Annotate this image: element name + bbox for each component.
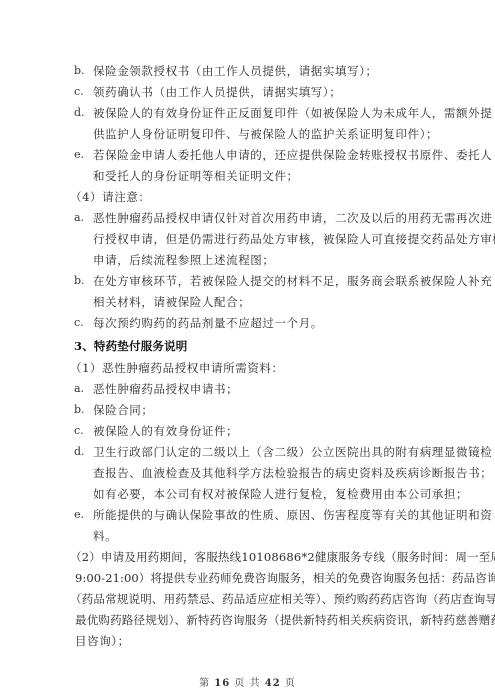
list-label: b. <box>74 403 85 417</box>
list-item-continuation: 如有必要，本公司有权对被保险人进行复检，复检费用由本公司承担； <box>93 487 468 501</box>
footer-prefix: 第 <box>199 678 210 689</box>
list-item-continuation: 料。 <box>93 529 117 543</box>
list-label: e. <box>74 508 84 522</box>
list-item-continuation: 供监护人身份证明复印件、与被保险人的监护关系证明复印件）； <box>93 127 438 141</box>
list-item-continuation: 相关材料，请被保险人配合； <box>93 295 250 309</box>
list-label: c. <box>74 316 84 330</box>
list-item-text: 恶性肿瘤药品授权申请仅针对首次用药申请，二次及以后的用药无需再次进 <box>93 211 492 225</box>
list-label: d. <box>74 445 85 459</box>
list-item-continuation: 行授权申请，但是仍需进行药品处方审核，被保险人可直接提交药品处方审核 <box>93 232 495 246</box>
list-item-text: 每次预约购药的药品剂量不应超过一个月。 <box>93 316 323 330</box>
list-item-text: 被保险人的有效身份证件； <box>93 424 238 438</box>
list-item-text: 恶性肿瘤药品授权申请书； <box>93 382 238 396</box>
list-item-continuation: 查报告、血液检查及其他科学方法检验报告的病史资料及疾病诊断报告书； <box>93 466 492 480</box>
paragraph-line: （2）申请及用药期间，客服热线10108686*2健康服务专线（服务时间：周一至… <box>70 550 495 564</box>
document-page: b. 保险金领款授权书（由工作人员提供，请据实填写）； c. 领药确认书（由工作… <box>0 0 495 700</box>
section-heading: 3、特药垫付服务说明 <box>74 339 188 353</box>
paragraph-line: 目咨询）； <box>75 634 130 648</box>
list-label: d. <box>74 106 85 120</box>
current-page: 16 <box>214 678 230 689</box>
list-item-text: 被保险人的有效身份证件正反面复印件（如被保险人为未成年人，需额外提 <box>93 106 492 120</box>
footer-suffix: 页 <box>285 678 296 689</box>
list-item-text: 保险金领款授权书（由工作人员提供，请据实填写）； <box>93 64 378 78</box>
list-label: e. <box>74 148 84 162</box>
subsection-title: （4）请注意： <box>70 190 151 204</box>
footer-middle: 页 共 <box>234 678 260 689</box>
list-item-text: 所能提供的与确认保险事故的性质、原因、伤害程度等有关的其他证明和资 <box>93 508 492 522</box>
paragraph-line: 最优购药路径规划）、新特药咨询服务（提供新特药相关疾病资讯，新特药慈善赠药项 <box>75 613 495 627</box>
list-label: b. <box>74 64 85 78</box>
page-number-footer: 第 16 页 共 42 页 <box>0 674 495 689</box>
list-item-continuation: 和受托人的身份证明等相关证明文件； <box>93 169 299 183</box>
list-label: b. <box>74 274 85 288</box>
paragraph-line: 9:00-21:00）将提供专业药师免费咨询服务，相关的免费咨询服务包括：药品咨… <box>75 571 495 585</box>
list-label: a. <box>74 382 84 396</box>
list-label: c. <box>74 85 84 99</box>
list-item-text: 若保险金申请人委托他人申请的，还应提供保险金转账授权书原件、委托人 <box>93 148 492 162</box>
list-item-continuation: 申请，后续流程参照上述流程图； <box>93 253 275 267</box>
list-label: a. <box>74 211 84 225</box>
total-pages: 42 <box>265 678 281 689</box>
list-label: c. <box>74 424 84 438</box>
paragraph-line: （药品常规说明、用药禁忌、药品适应症相关等）、预约购药药店咨询（药店查询导航、 <box>70 592 495 606</box>
list-item-text: 领药确认书（由工作人员提供，请据实填写）； <box>93 85 341 99</box>
list-item-text: 在处方审核环节，若被保险人提交的材料不足，服务商会联系被保险人补充 <box>93 274 492 288</box>
list-item-text: 保险合同； <box>93 403 154 417</box>
list-item-text: 卫生行政部门认定的二级以上（含二级）公立医院出具的附有病理显微镜检 <box>93 445 492 459</box>
subsection-title: （1）恶性肿瘤药品授权申请所需资料： <box>70 361 284 375</box>
